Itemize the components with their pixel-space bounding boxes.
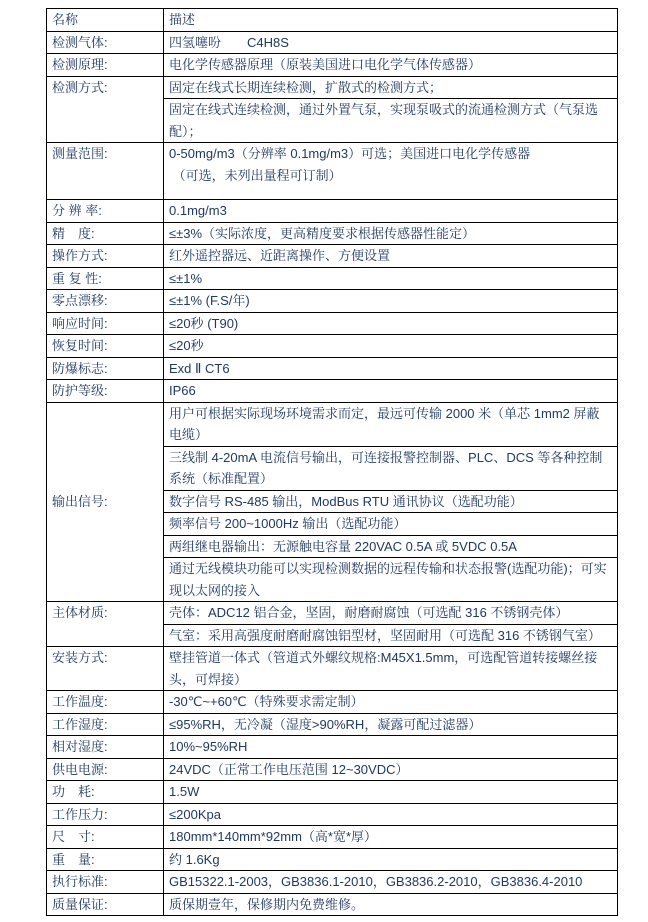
row-value: 0.1mg/m3 [164,200,618,223]
row-value: 约 1.6Kg [164,848,618,871]
row-value: 固定在线式连续检测，通过外置气泵，实现泵吸式的流通检测方式（气泵选配）； [164,99,618,143]
row-label: 执行标准: [47,871,164,894]
table-row-weight: 重 量:约 1.6Kg [47,848,618,871]
table-row-detect-principle: 检测原理:电化学传感器原理（原装美国进口电化学气体传感器） [47,54,618,77]
spec-sheet: 名称 描述 检测气体:四氢噻吩 C4H8S检测原理:电化学传感器原理（原装美国进… [0,0,648,922]
row-label: 检测气体: [47,31,164,54]
row-label: 检测原理: [47,54,164,77]
table-row-power-consumption: 功 耗:1.5W [47,781,618,804]
table-row-work-pressure: 工作压力:≤200Kpa [47,803,618,826]
row-label: 重 量: [47,848,164,871]
table-row-operation-mode: 操作方式:红外遥控器远、近距离操作、方便设置 [47,245,618,268]
row-value: 1.5W [164,781,618,804]
row-label: 分 辨 率: [47,200,164,223]
row-label: 操作方式: [47,245,164,268]
row-value: 电化学传感器原理（原装美国进口电化学气体传感器） [164,54,618,77]
row-value: GB15322.1-2003，GB3836.1-2010，GB3836.2-20… [164,871,618,894]
row-label: 测量范围: [47,143,164,200]
table-row-response-time: 响应时间:≤20秒 (T90) [47,312,618,335]
row-value: 通过无线模块功能可以实现检测数据的远程传输和状态报警(选配功能)；可实现以太网的… [164,558,618,602]
row-value: 24VDC（正常工作电压范围 12~30VDC） [164,758,618,781]
row-value: 10%~95%RH [164,736,618,759]
row-value: -30℃~+60℃（特殊要求需定制） [164,691,618,714]
table-row-output-signal: 输出信号:用户可根据实际现场环境需求而定，最远可传输 2000 米（单芯 1mm… [47,402,618,446]
table-row-warranty: 质量保证:质保期壹年，保修期内免费维修。 [47,893,618,916]
table-header-row: 名称 描述 [47,9,618,32]
table-row-measure-range: 测量范围:0-50mg/m3（分辨率 0.1mg/m3）可选；美国进口电化学传感… [47,143,618,200]
row-value: ≤±1% [164,267,618,290]
row-value: 数字信号 RS-485 输出，ModBus RTU 通讯协议（选配功能） [164,490,618,513]
table-row-dimensions: 尺 寸:180mm*140mm*92mm（高*宽*厚） [47,826,618,849]
spec-table: 名称 描述 检测气体:四氢噻吩 C4H8S检测原理:电化学传感器原理（原装美国进… [46,8,618,916]
row-value: ≤20秒 (T90) [164,312,618,335]
row-value: 壁挂管道一体式（管道式外螺纹规格:M45X1.5mm，可选配管道转接螺丝接头，可… [164,647,618,691]
table-row-power-supply: 供电电源:24VDC（正常工作电压范围 12~30VDC） [47,758,618,781]
row-value: 三线制 4-20mA 电流信号输出，可连接报警控制器、PLC、DCS 等各种控制… [164,446,618,490]
row-label: 功 耗: [47,781,164,804]
row-value: 用户可根据实际现场环境需求而定，最远可传输 2000 米（单芯 1mm2 屏蔽电… [164,402,618,446]
table-row-installation: 安装方式:壁挂管道一体式（管道式外螺纹规格:M45X1.5mm，可选配管道转接螺… [47,647,618,691]
row-value: Exd Ⅱ CT6 [164,357,618,380]
row-value: 180mm*140mm*92mm（高*宽*厚） [164,826,618,849]
table-row-detect-mode: 检测方式:固定在线式长期连续检测，扩散式的检测方式； [47,76,618,99]
table-row-repeatability: 重 复 性:≤±1% [47,267,618,290]
row-value: 壳体：ADC12 铝合金，坚固，耐磨耐腐蚀（可选配 316 不锈钢壳体） [164,602,618,625]
row-label: 主体材质: [47,602,164,647]
table-row-work-temperature: 工作温度:-30℃~+60℃（特殊要求需定制） [47,691,618,714]
row-label: 响应时间: [47,312,164,335]
row-label: 工作温度: [47,691,164,714]
row-label: 恢复时间: [47,335,164,358]
row-label: 安装方式: [47,647,164,691]
row-label: 防护等级: [47,380,164,403]
table-row-resolution: 分 辨 率:0.1mg/m3 [47,200,618,223]
row-label: 重 复 性: [47,267,164,290]
table-row-work-humidity: 工作湿度:≤95%RH，无冷凝（湿度>90%RH，凝露可配过滤器） [47,713,618,736]
table-row-zero-drift: 零点漂移:≤±1% (F.S/年) [47,290,618,313]
row-value: 红外遥控器远、近距离操作、方便设置 [164,245,618,268]
row-label: 防爆标志: [47,357,164,380]
row-value: 固定在线式长期连续检测，扩散式的检测方式； [164,76,618,99]
row-label: 质量保证: [47,893,164,916]
row-value: 两组继电器输出：无源触电容量 220VAC 0.5A 或 5VDC 0.5A [164,535,618,558]
column-header-description: 描述 [164,9,618,32]
row-value: ≤200Kpa [164,803,618,826]
table-row-accuracy: 精 度:≤±3%（实际浓度，更高精度要求根据传感器性能定） [47,222,618,245]
row-value: ≤±3%（实际浓度，更高精度要求根据传感器性能定） [164,222,618,245]
row-value: IP66 [164,380,618,403]
table-row-detect-gas: 检测气体:四氢噻吩 C4H8S [47,31,618,54]
table-row-body-material: 主体材质:壳体：ADC12 铝合金，坚固，耐磨耐腐蚀（可选配 316 不锈钢壳体… [47,602,618,625]
table-row-standards: 执行标准:GB15322.1-2003，GB3836.1-2010，GB3836… [47,871,618,894]
row-value: 气室：采用高强度耐磨耐腐蚀铝型材，坚固耐用（可选配 316 不锈钢气室） [164,624,618,647]
table-row-relative-humidity: 相对湿度:10%~95%RH [47,736,618,759]
row-value: ≤20秒 [164,335,618,358]
row-label: 输出信号: [47,402,164,602]
row-value: 频率信号 200~1000Hz 输出（选配功能） [164,513,618,536]
row-label: 尺 寸: [47,826,164,849]
table-row-explosion-mark: 防爆标志:Exd Ⅱ CT6 [47,357,618,380]
row-value: 四氢噻吩 C4H8S [164,31,618,54]
row-value: ≤±1% (F.S/年) [164,290,618,313]
row-label: 相对湿度: [47,736,164,759]
table-row-recovery-time: 恢复时间:≤20秒 [47,335,618,358]
table-row-ip-rating: 防护等级:IP66 [47,380,618,403]
row-label: 工作压力: [47,803,164,826]
row-label: 工作湿度: [47,713,164,736]
row-label: 检测方式: [47,76,164,143]
column-header-name: 名称 [47,9,164,32]
row-value: ≤95%RH，无冷凝（湿度>90%RH，凝露可配过滤器） [164,713,618,736]
row-value: 0-50mg/m3（分辨率 0.1mg/m3）可选；美国进口电化学传感器 （可选… [164,143,618,200]
row-value: 质保期壹年，保修期内免费维修。 [164,893,618,916]
row-label: 精 度: [47,222,164,245]
row-label: 供电电源: [47,758,164,781]
row-label: 零点漂移: [47,290,164,313]
